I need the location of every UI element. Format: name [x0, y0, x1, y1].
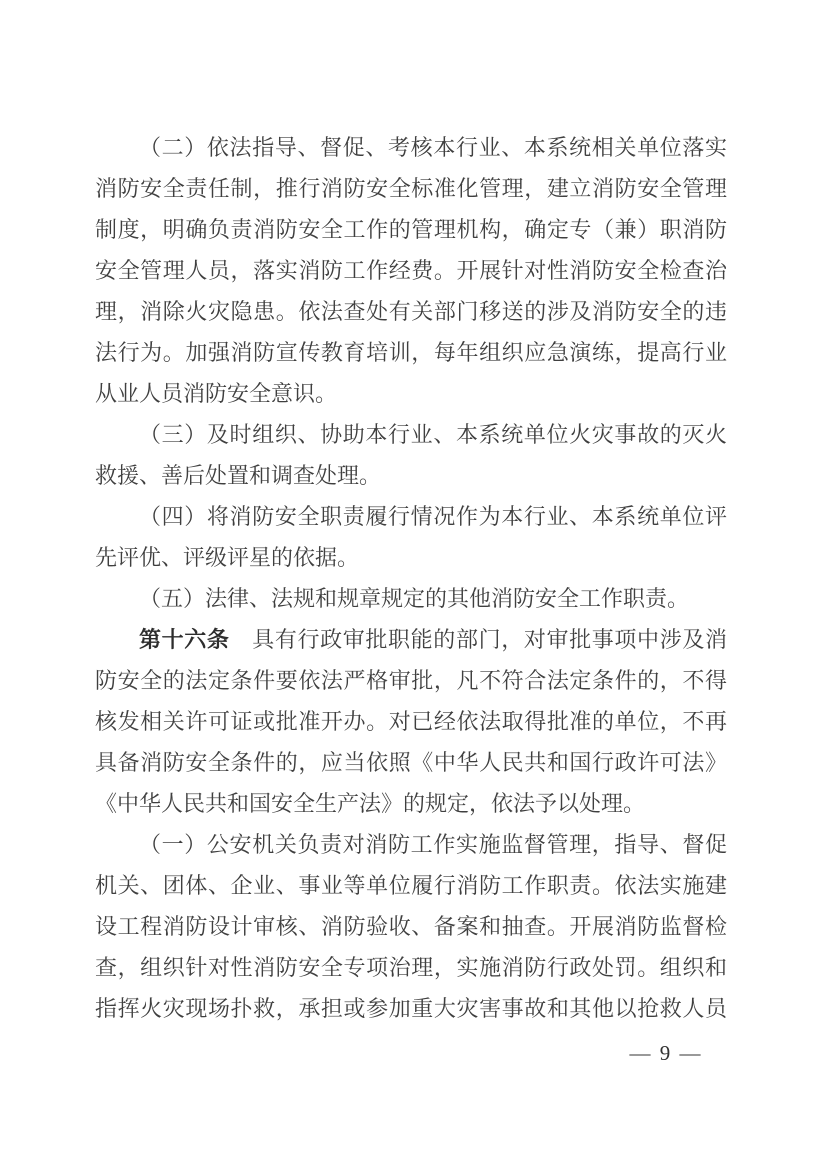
text-line: 救援、善后处置和调查处理。 [95, 455, 727, 496]
text-line: 核发相关许可证或批准开办。对已经依法取得批准的单位，不再 [95, 701, 727, 742]
text-line: 机关、团体、企业、事业等单位履行消防工作职责。依法实施建 [95, 865, 727, 906]
line-text: 救援、善后处置和调查处理。 [95, 463, 381, 488]
text-line: 第十六条 具有行政审批职能的部门，对审批事项中涉及消 [95, 619, 727, 660]
line-text: 先评优、评级评星的依据。 [95, 545, 359, 570]
text-line: （二）依法指导、督促、考核本行业、本系统相关单位落实 [95, 127, 727, 168]
text-line: 理，消除火灾隐患。依法查处有关部门移送的涉及消防安全的违 [95, 291, 727, 332]
line-text: 指挥火灾现场扑救，承担或参加重大灾害事故和其他以抢救人员 [95, 996, 727, 1021]
text-line: 指挥火灾现场扑救，承担或参加重大灾害事故和其他以抢救人员 [95, 988, 727, 1029]
article-number-label: 第十六条 [139, 627, 230, 652]
text-line: 防安全的法定条件要依法严格审批，凡不符合法定条件的，不得 [95, 660, 727, 701]
line-text: （四）将消防安全职责履行情况作为本行业、本系统单位评 [139, 504, 727, 529]
line-text: 制度，明确负责消防安全工作的管理机构，确定专（兼）职消防 [95, 217, 727, 242]
document-text-block: （二）依法指导、督促、考核本行业、本系统相关单位落实 消防安全责任制，推行消防安… [95, 127, 727, 1029]
text-line: （四）将消防安全职责履行情况作为本行业、本系统单位评 [95, 496, 727, 537]
document-page: （二）依法指导、督促、考核本行业、本系统相关单位落实 消防安全责任制，推行消防安… [0, 0, 827, 1169]
text-line: 法行为。加强消防宣传教育培训，每年组织应急演练，提高行业 [95, 332, 727, 373]
text-line: 先评优、评级评星的依据。 [95, 537, 727, 578]
text-line: （三）及时组织、协助本行业、本系统单位火灾事故的灭火 [95, 414, 727, 455]
text-line: （一）公安机关负责对消防工作实施监督管理，指导、督促 [95, 824, 727, 865]
text-line: （五）法律、法规和规章规定的其他消防安全工作职责。 [95, 578, 727, 619]
line-text: 防安全的法定条件要依法严格审批，凡不符合法定条件的，不得 [95, 668, 727, 693]
text-line: 从业人员消防安全意识。 [95, 373, 727, 414]
line-text: 消防安全责任制，推行消防安全标准化管理，建立消防安全管理 [95, 176, 727, 201]
line-text: （一）公安机关负责对消防工作实施监督管理，指导、督促 [139, 832, 727, 857]
page-number: — 9 — [596, 1038, 736, 1068]
line-text: 安全管理人员，落实消防工作经费。开展针对性消防安全检查治 [95, 258, 727, 283]
line-text: 从业人员消防安全意识。 [95, 381, 337, 406]
line-text: 核发相关许可证或批准开办。对已经依法取得批准的单位，不再 [95, 709, 727, 734]
line-text: 具备消防安全条件的，应当依照《中华人民共和国行政许可法》 [95, 750, 727, 775]
line-text: （三）及时组织、协助本行业、本系统单位火灾事故的灭火 [139, 422, 727, 447]
line-text: 理，消除火灾隐患。依法查处有关部门移送的涉及消防安全的违 [95, 299, 727, 324]
line-text: 《中华人民共和国安全生产法》的规定，依法予以处理。 [95, 791, 645, 816]
text-line: 设工程消防设计审核、消防验收、备案和抽查。开展消防监督检 [95, 906, 727, 947]
line-text: 查，组织针对性消防安全专项治理，实施消防行政处罚。组织和 [95, 955, 727, 980]
text-line: 消防安全责任制，推行消防安全标准化管理，建立消防安全管理 [95, 168, 727, 209]
line-text: 具有行政审批职能的部门，对审批事项中涉及消 [230, 627, 727, 652]
line-text: 设工程消防设计审核、消防验收、备案和抽查。开展消防监督检 [95, 914, 727, 939]
text-line: 制度，明确负责消防安全工作的管理机构，确定专（兼）职消防 [95, 209, 727, 250]
text-line: 安全管理人员，落实消防工作经费。开展针对性消防安全检查治 [95, 250, 727, 291]
line-text: 机关、团体、企业、事业等单位履行消防工作职责。依法实施建 [95, 873, 727, 898]
line-text: 法行为。加强消防宣传教育培训，每年组织应急演练，提高行业 [95, 340, 727, 365]
text-line: 查，组织针对性消防安全专项治理，实施消防行政处罚。组织和 [95, 947, 727, 988]
text-line: 《中华人民共和国安全生产法》的规定，依法予以处理。 [95, 783, 727, 824]
text-line: 具备消防安全条件的，应当依照《中华人民共和国行政许可法》 [95, 742, 727, 783]
line-text: （二）依法指导、督促、考核本行业、本系统相关单位落实 [139, 135, 727, 160]
line-text: （五）法律、法规和规章规定的其他消防安全工作职责。 [139, 586, 689, 611]
